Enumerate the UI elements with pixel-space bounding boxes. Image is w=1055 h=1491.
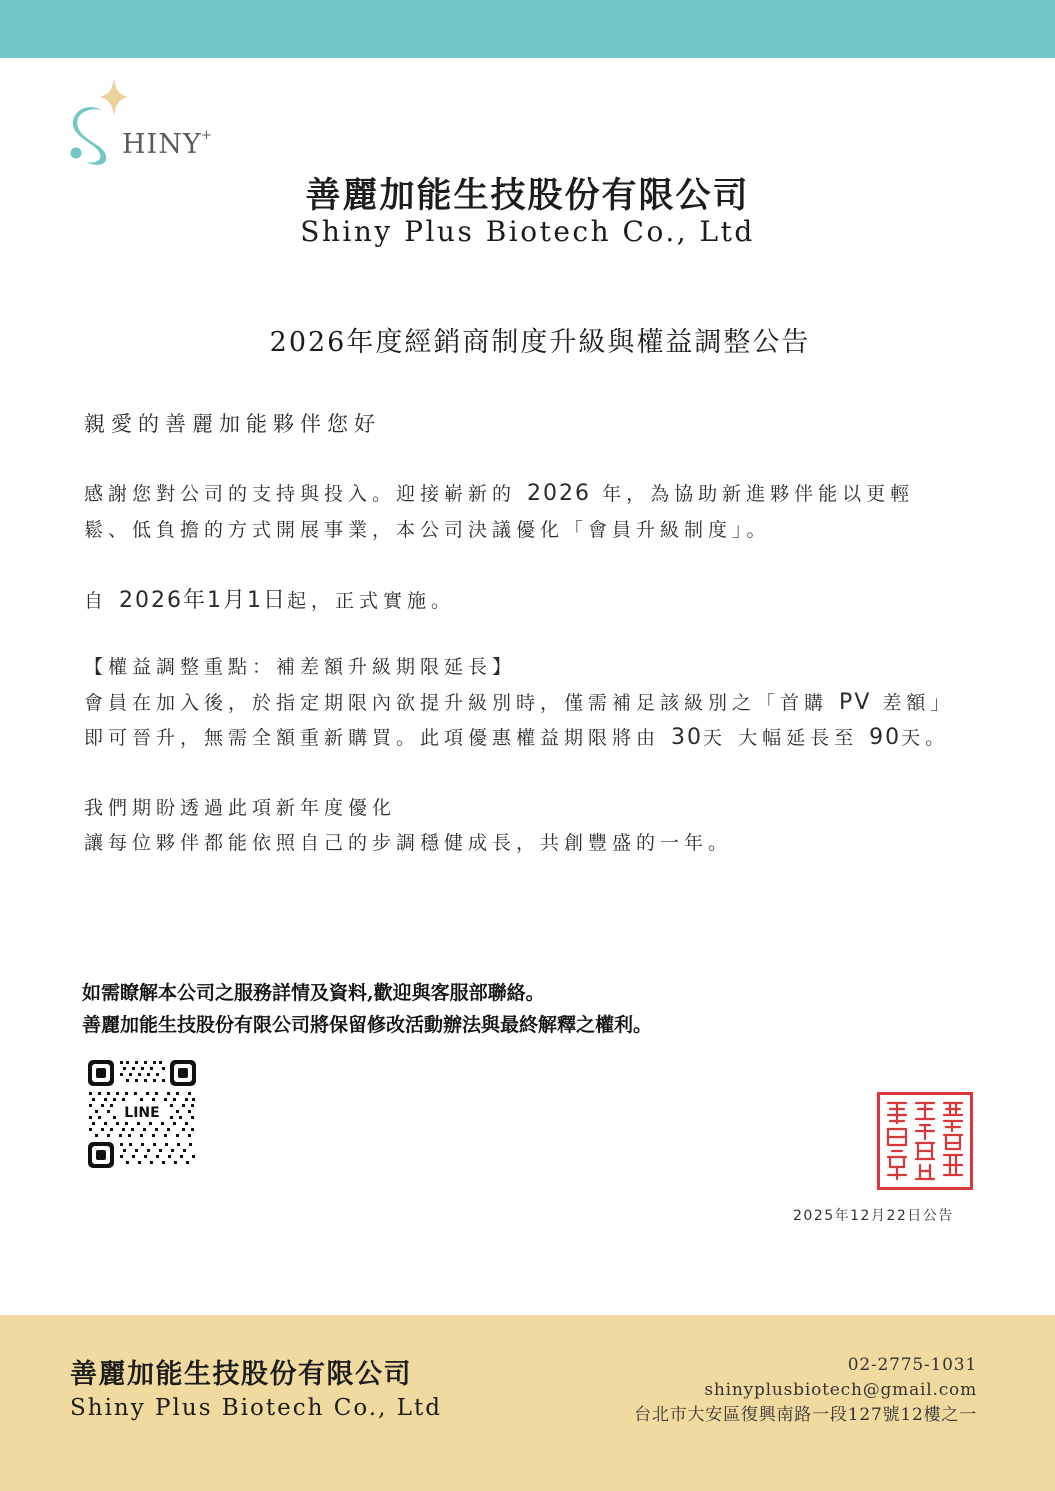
logo-wordmark: HINY: [122, 129, 202, 160]
text: 差額」: [871, 692, 954, 714]
shiny-logo: HINY +: [68, 76, 218, 168]
company-seal-stamp: [877, 1092, 973, 1190]
seal-icon: [880, 1095, 970, 1187]
contact-note-line-1: 如需瞭解本公司之服務詳情及資料,歡迎與客服部聯絡。: [82, 978, 545, 1005]
text: 天。: [901, 727, 949, 749]
year-number: 2026: [527, 481, 591, 506]
paragraph-3-line-2: 即可晉升，無需全額重新購買。此項優惠權益期限將由 30天 大幅延長至 90天。: [84, 723, 949, 750]
text: 感謝您對公司的支持與投入。迎接嶄新的: [84, 483, 527, 505]
footer-contact-block: 02-2775-1031 shinyplusbiotech@gmail.com …: [634, 1353, 977, 1428]
company-name-cn: 善麗加能生技股份有限公司: [0, 168, 1055, 218]
paragraph-3-line-1: 會員在加入後，於指定期限內欲提升級別時，僅需補足該級別之「首購 PV 差額」: [84, 688, 954, 715]
closing-line-2: 讓每位夥伴都能依照自己的步調穩健成長，共創豐盛的一年。: [84, 828, 732, 855]
qr-line-label: LINE: [124, 1105, 159, 1121]
logo-plus: +: [201, 128, 212, 143]
text: 天 大幅延長至: [703, 727, 869, 749]
paragraph-1-line-2: 鬆、低負擔的方式開展事業，本公司決議優化「會員升級制度」。: [84, 515, 771, 542]
text: 即可晉升，無需全額重新購買。此項優惠權益期限將由: [84, 727, 671, 749]
effective-date: 2026年1月1日: [119, 588, 287, 613]
effective-date-line: 自 2026年1月1日起，正式實施。: [84, 583, 455, 614]
new-days: 90: [869, 725, 901, 750]
line-qr-code[interactable]: LINE: [86, 1058, 198, 1170]
top-color-band: [0, 0, 1055, 58]
text: 起，正式實施。: [287, 590, 455, 612]
pv-label: PV: [839, 690, 871, 715]
footer-company-en: Shiny Plus Biotech Co., Ltd: [70, 1395, 442, 1421]
old-days: 30: [671, 725, 703, 750]
email-address[interactable]: shinyplusbiotech@gmail.com: [634, 1378, 977, 1403]
contact-note-line-2: 善麗加能生技股份有限公司將保留修改活動辦法與最終解釋之權利。: [82, 1010, 652, 1037]
text: 自: [84, 590, 119, 612]
greeting: 親愛的善麗加能夥伴您好: [84, 408, 381, 438]
paragraph-1-line-1: 感謝您對公司的支持與投入。迎接嶄新的 2026 年，為協助新進夥伴能以更輕: [84, 479, 914, 506]
street-address: 台北市大安區復興南路一段127號12樓之一: [634, 1403, 977, 1428]
closing-line-1: 我們期盼透過此項新年度優化: [84, 793, 396, 820]
footer-company-cn: 善麗加能生技股份有限公司: [70, 1352, 412, 1391]
company-name-en: Shiny Plus Biotech Co., Ltd: [0, 215, 1055, 248]
text: 年，為協助新進夥伴能以更輕: [591, 483, 914, 505]
phone-number[interactable]: 02-2775-1031: [634, 1353, 977, 1378]
text: 會員在加入後，於指定期限內欲提升級別時，僅需補足該級別之「首購: [84, 692, 839, 714]
key-adjustment-heading: 【權益調整重點：補差額升級期限延長】: [84, 652, 516, 679]
notice-title: 2026年度經銷商制度升級與權益調整公告: [0, 320, 1055, 359]
qr-code-icon: LINE: [86, 1058, 198, 1170]
footer: 善麗加能生技股份有限公司 Shiny Plus Biotech Co., Ltd…: [0, 1315, 1055, 1491]
notice-date: 2025年12月22日公告: [793, 1205, 954, 1225]
